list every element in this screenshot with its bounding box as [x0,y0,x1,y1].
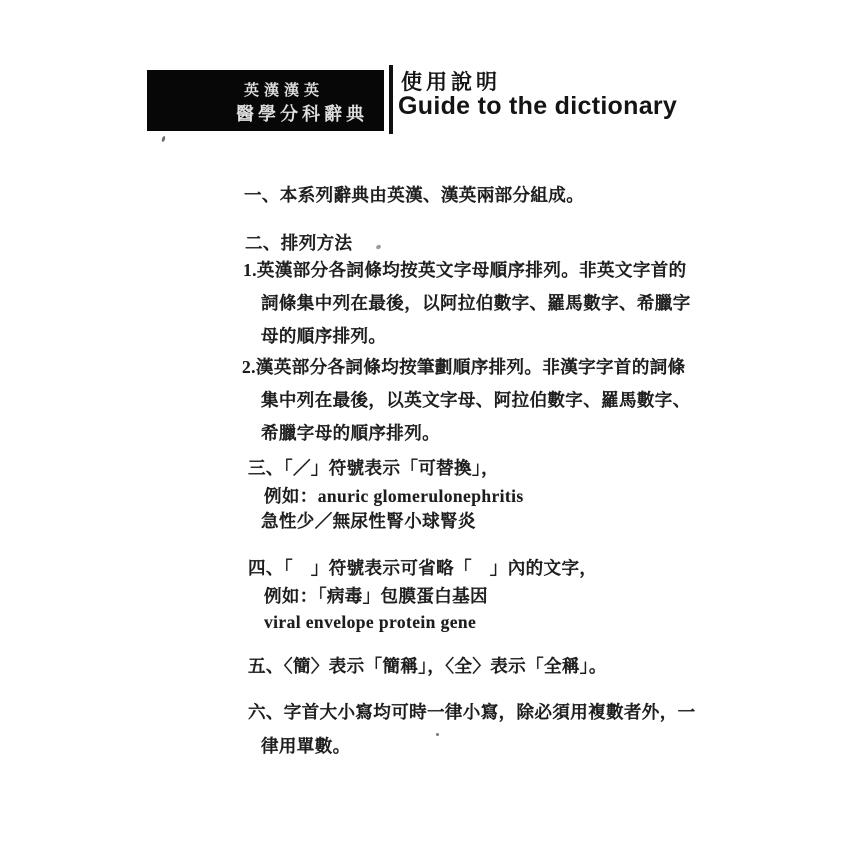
dictionary-logo-box: 英漢漢英 醫學分科辭典 [147,70,384,131]
guide-item-6-line2: 律用單數。 [261,737,351,755]
scan-speck [436,733,439,736]
guide-item-3-heading: 三、「／」符號表示「可替換」， [248,459,499,477]
guide-item-2-sub1-line3: 母的順序排列。 [261,327,386,345]
scan-speck [161,136,166,143]
page-title-english: Guide to the dictionary [398,92,677,121]
guide-item-4-heading: 四、「 」符號表示可省略「 」內的文字， [248,559,597,577]
guide-item-2-sub1-line1: 1.英漢部分各詞條均按英文字母順序排列。非英文字首的 [243,261,687,279]
guide-item-3-example-en: 例如：anuric glomerulonephritis [264,487,524,505]
guide-item-6-line1: 六、字首大小寫均可時一律小寫，除必須用複數者外，一 [248,703,696,721]
guide-item-4-example-en: viral envelope protein gene [264,613,476,631]
scanned-page: { "header": { "logo_box": { "background"… [0,0,850,850]
header-divider-bar [389,65,393,134]
guide-item-3-example-zh: 急性少／無尿性腎小球腎炎 [261,512,476,530]
guide-item-4-example-zh: 例如：「病毒」包膜蛋白基因 [264,587,488,605]
guide-item-2-sub2-line2: 集中列在最後，以英文字母、阿拉伯數字、羅馬數字、 [261,391,691,409]
dictionary-title-line2: 醫學分科辭典 [236,100,368,126]
guide-item-2-sub2-line3: 希臘字母的順序排列。 [261,424,440,442]
guide-item-2-sub1-line2: 詞條集中列在最後，以阿拉伯數字、羅馬數字、希臘字 [261,294,691,312]
guide-item-2-sub2-line1: 2.漢英部分各詞條均按筆劃順序排列。非漢字字首的詞條 [242,358,686,376]
guide-item-5: 五、〈簡〉表示「簡稱」，〈全〉表示「全稱」。 [248,657,607,675]
scan-speck [375,244,381,250]
dictionary-title-line1: 英漢漢英 [244,79,324,100]
guide-item-1: 一、本系列辭典由英漢、漢英兩部分組成。 [244,186,584,204]
guide-item-2-heading: 二、排列方法 [245,234,352,252]
